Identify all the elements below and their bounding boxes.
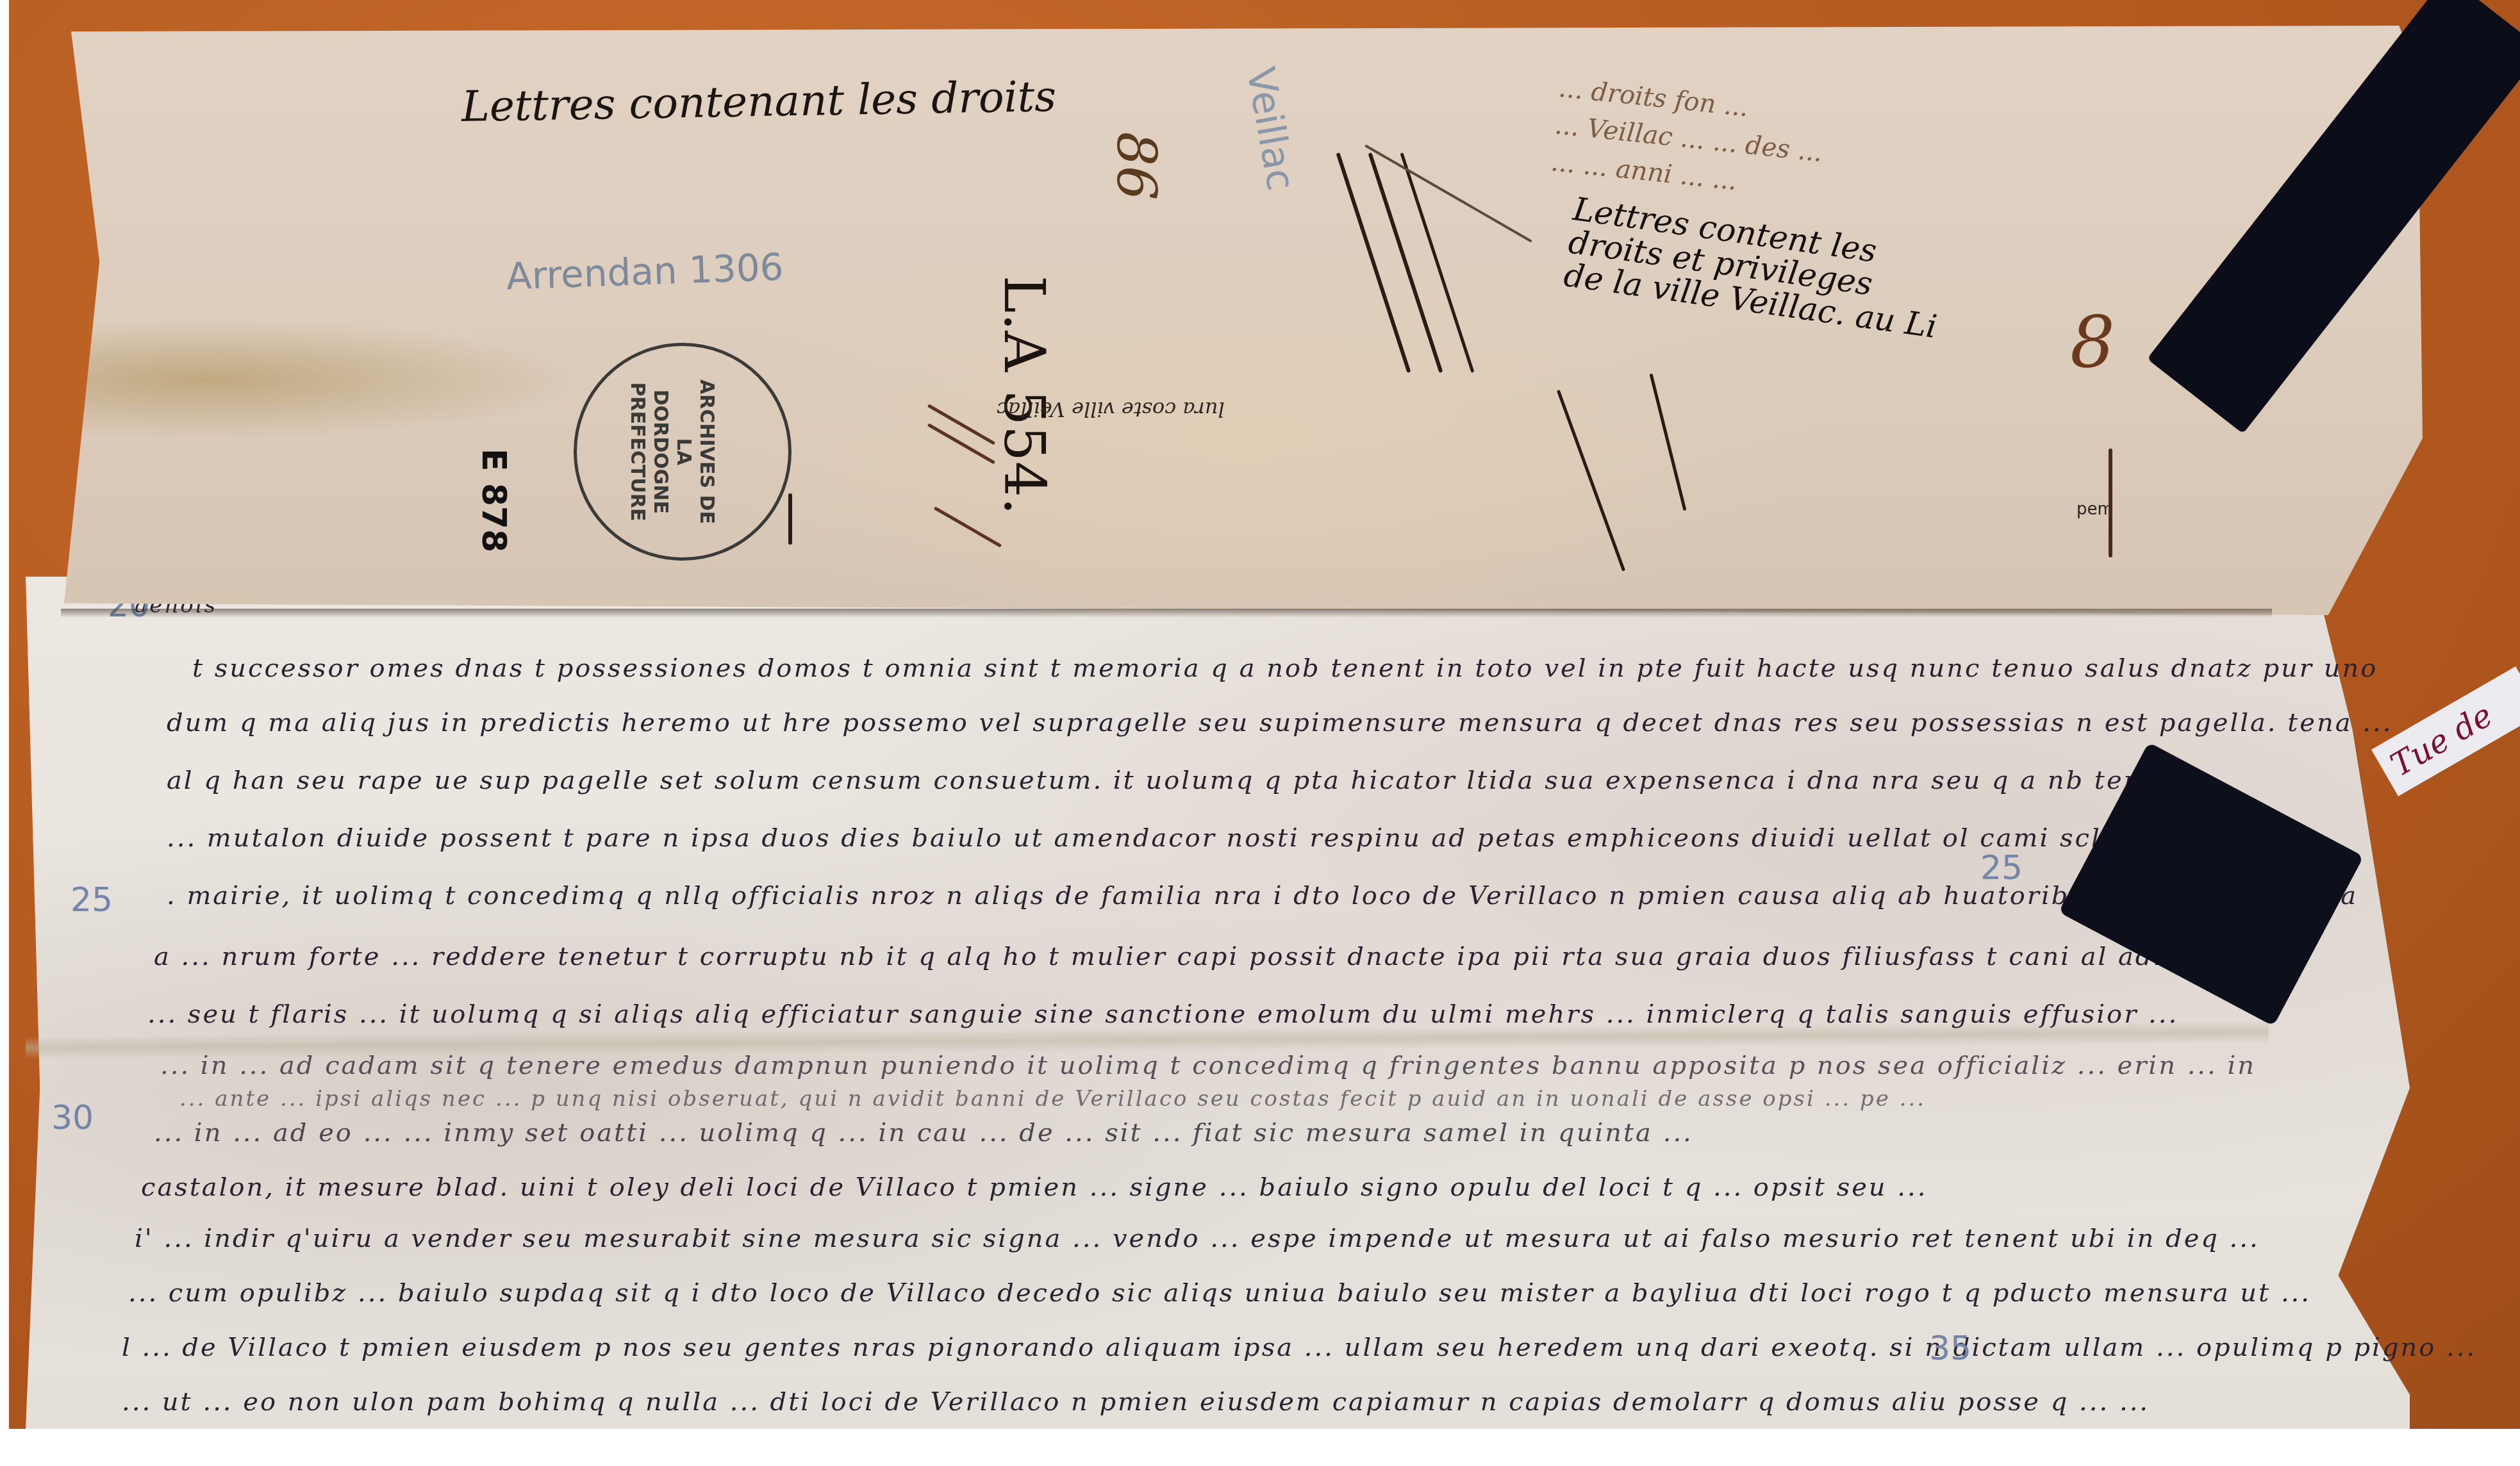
ink-stroke	[2109, 449, 2112, 557]
stamp-line: PREFECTURE	[626, 372, 649, 532]
body-line: l ... de Villaco t pmien eiusdem p nos s…	[122, 1333, 2476, 1362]
body-line: al q han seu rape ue sup pagelle set sol…	[167, 766, 2235, 795]
line-number: 35	[1929, 1330, 1971, 1368]
line-number: 25	[1980, 849, 2023, 887]
body-line: ... seu t flaris ... it uolumq q si aliq…	[147, 1000, 2178, 1029]
body-line: a ... nrum forte ... reddere tenetur t c…	[154, 942, 2209, 971]
number-8: 8	[2070, 301, 2115, 383]
ink-stroke	[788, 493, 792, 545]
body-line: ... in ... ad cadam sit q tenere emedus …	[160, 1051, 2256, 1080]
inventory-number: L.A 554.	[991, 276, 1057, 515]
body-line: . mairie, it uolimq t concedimq q nllq o…	[167, 881, 2358, 910]
parchment-folded-flap	[64, 26, 2423, 615]
body-line: ... mutalon diuide possent t pare n ipsa…	[167, 823, 2220, 853]
body-line: dum q ma aliq jus in predictis heremo ut…	[167, 708, 2392, 737]
flap-shadow	[61, 609, 2272, 618]
stamp-line: ARCHIVES DE LA	[672, 372, 718, 532]
body-line: ... in ... ad eo ... ... inmy set oatti …	[154, 1118, 1693, 1148]
archive-stamp: ARCHIVES DE LA DORDOGNE PREFECTURE	[574, 343, 792, 561]
line-number: 25	[70, 881, 113, 919]
bottom-border	[0, 1429, 2520, 1466]
body-line: ... cum opulibz ... baiulo supdaq sit q …	[128, 1278, 2311, 1308]
number-86: 86	[1105, 132, 1168, 201]
archive-shelfmark: E 878	[474, 449, 513, 552]
dorsal-title: Lettres contenant les droits	[461, 72, 1056, 131]
body-line: ... ut ... eo non ulon pam bohimq q null…	[122, 1387, 2150, 1417]
left-border	[0, 0, 9, 1466]
body-line: i' ... indir q'uiru a vender seu mesurab…	[135, 1224, 2260, 1253]
stamp-text: ARCHIVES DE LA DORDOGNE PREFECTURE	[626, 372, 718, 532]
body-line: ... ante ... ipsi aliqs nec ... p unq ni…	[179, 1086, 1926, 1112]
body-line: castalon, it mesure blad. uini t oley de…	[141, 1173, 1927, 1202]
stamp-line: DORDOGNE	[649, 372, 672, 532]
body-line: t successor omes dnas t possessiones dom…	[192, 654, 2378, 683]
inverted-note: lura coste ville Veillac	[997, 397, 1225, 422]
line-number: 30	[51, 1099, 94, 1137]
